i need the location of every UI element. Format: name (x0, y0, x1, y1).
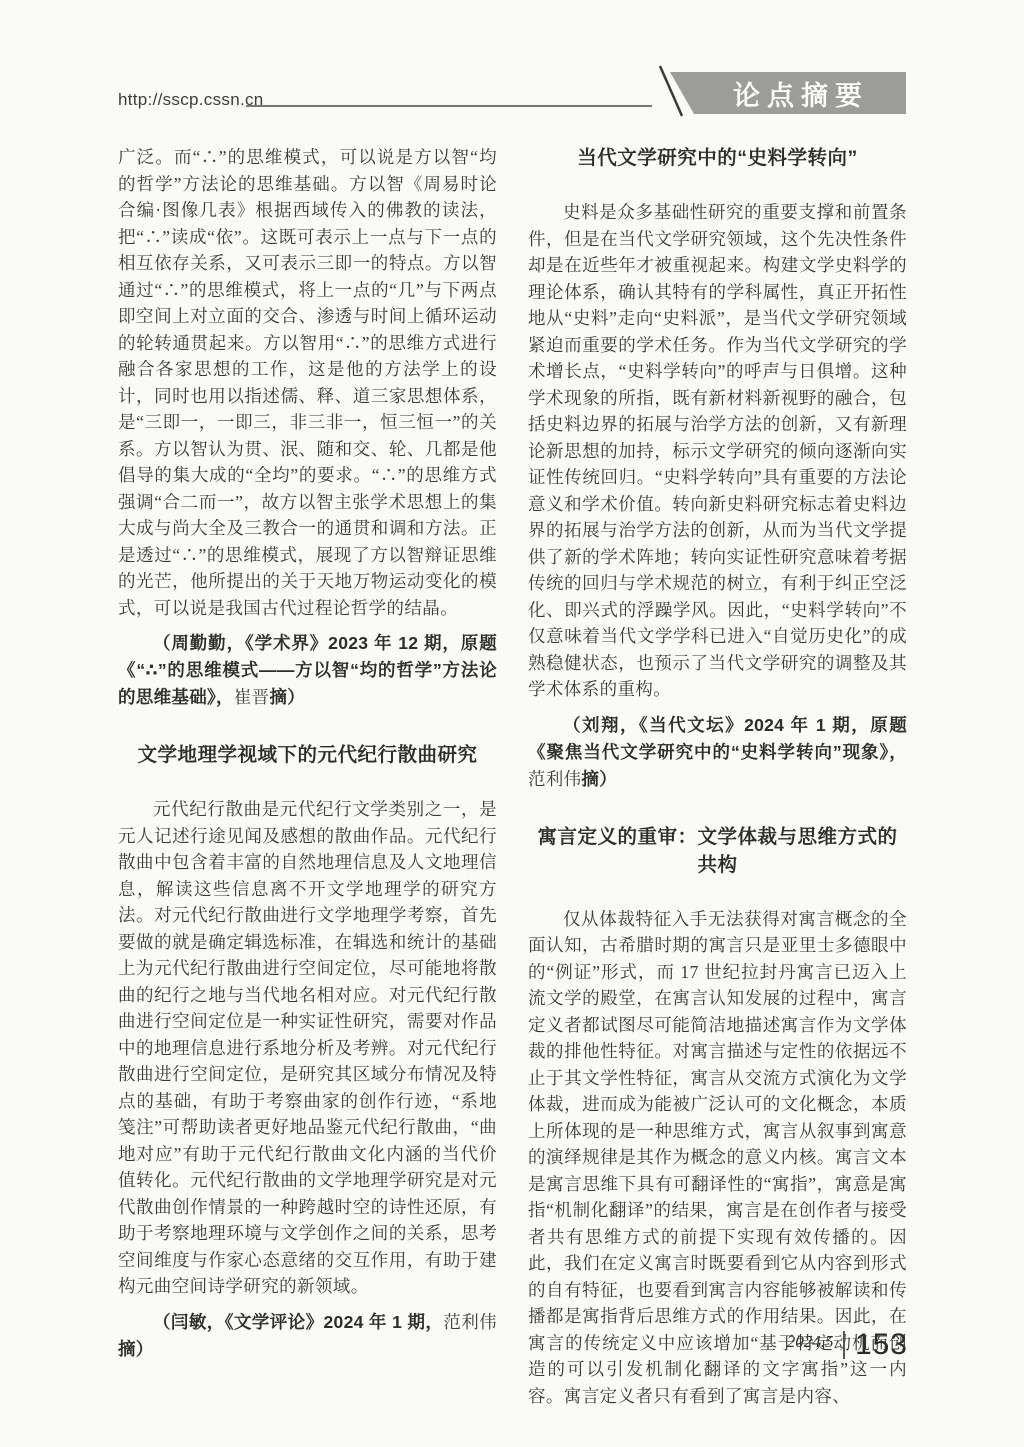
page-number: 153 (855, 1328, 908, 1362)
citation-author-name: 范利伟 (528, 769, 581, 789)
citation-end-text: 摘） (118, 1339, 154, 1359)
article1-continuation-text: 广泛。而“∴”的思维模式，可以说是方以智“均的哲学”方法论的思维基础。方以智《周… (118, 144, 497, 621)
article1-citation: （周勤勤，《学术界》2023 年 12 期，原题《“∴”的思维模式——方以智“均… (118, 630, 497, 711)
citation-end-text: 摘） (581, 769, 617, 789)
citation-source-text: （刘翔，《当代文坛》2024 年 1 期，原题《聚焦当代文学研究中的“史料学转向… (528, 715, 907, 762)
section-banner-label: 论点摘要 (707, 74, 869, 113)
article2-citation: （闫敏，《文学评论》2024 年 1 期，范利伟摘） (118, 1309, 497, 1363)
article3-title: 当代文学研究中的“史料学转向” (528, 144, 907, 172)
citation-author-name: 范利伟 (443, 1312, 497, 1332)
header-rule (246, 105, 652, 107)
footer-divider (843, 1331, 845, 1359)
citation-end-text: 摘） (269, 687, 305, 707)
right-column: 当代文学研究中的“史料学转向” 史料是众多基础性研究的重要支撑和前置条件，但是在… (528, 144, 907, 1409)
site-url: http://sscp.cssn.cn (118, 90, 264, 110)
page-footer: 2024.5 153 (787, 1328, 908, 1362)
article2-body: 元代纪行散曲是元代纪行文学类别之一，是元人记述行途见闻及感想的散曲作品。元代纪行… (118, 796, 497, 1300)
left-column: 广泛。而“∴”的思维模式，可以说是方以智“均的哲学”方法论的思维基础。方以智《周… (118, 144, 497, 1363)
issue-label: 2024.5 (787, 1332, 834, 1352)
citation-source-text: （闫敏，《文学评论》2024 年 1 期， (153, 1312, 443, 1332)
section-banner: 论点摘要 (670, 72, 906, 114)
citation-author-name: 崔晋 (234, 687, 270, 707)
article4-title: 寓言定义的重审：文学体裁与思维方式的共构 (528, 823, 907, 879)
article3-body: 史料是众多基础性研究的重要支撑和前置条件，但是在当代文学研究领域，这个先决性条件… (528, 199, 907, 703)
citation-source-text: （周勤勤，《学术界》2023 年 12 期，原题《“∴”的思维模式——方以智“均… (118, 633, 497, 707)
article3-citation: （刘翔，《当代文坛》2024 年 1 期，原题《聚焦当代文学研究中的“史料学转向… (528, 712, 907, 793)
banner-slash-icon (646, 62, 686, 120)
article2-title: 文学地理学视域下的元代纪行散曲研究 (118, 741, 497, 769)
journal-page: http://sscp.cssn.cn 论点摘要 广泛。而“∴”的思维模式，可以… (0, 0, 1024, 1447)
